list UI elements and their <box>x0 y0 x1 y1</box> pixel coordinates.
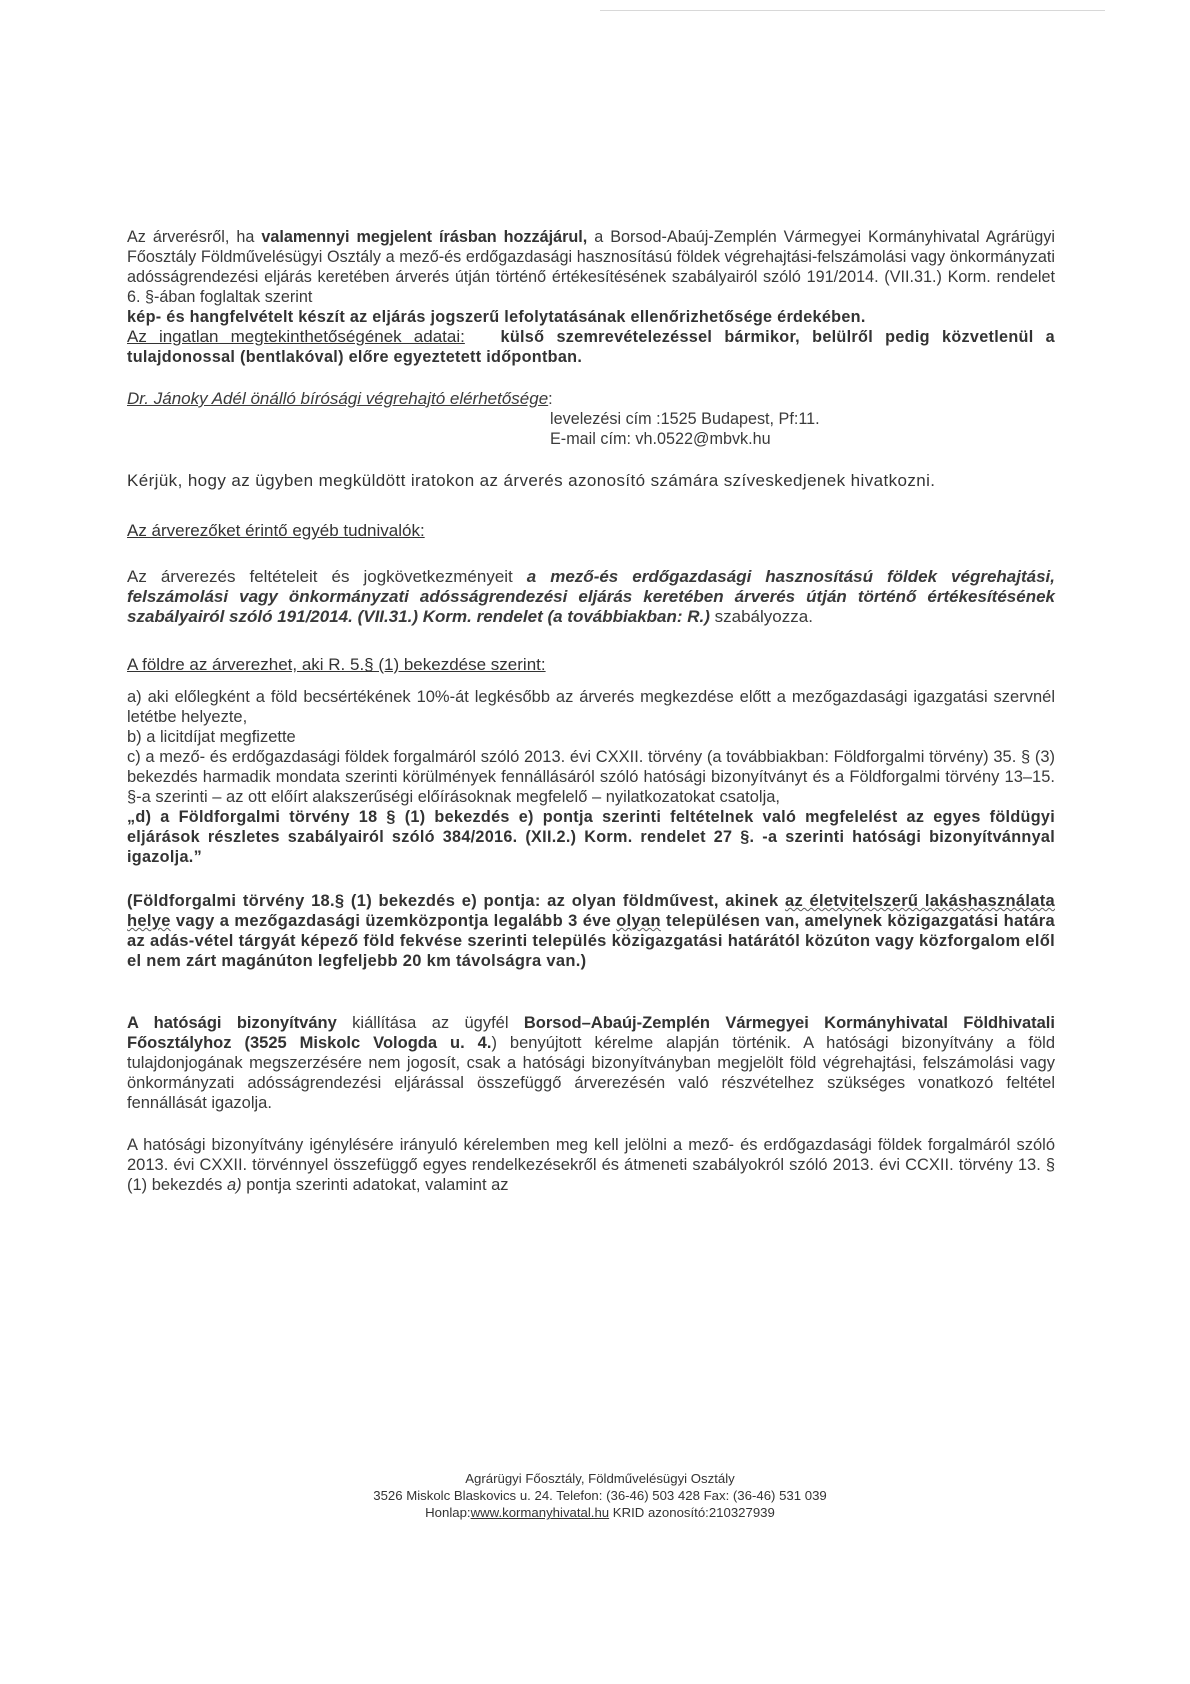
document-page: Az árverésről, ha valamennyi megjelent í… <box>127 227 1055 1195</box>
wavy-underlined-text: olyan <box>616 912 661 930</box>
krid-id: KRID azonosító:210327939 <box>609 1505 775 1520</box>
eligibility-heading: A földre az árverezhet, aki R. 5.§ (1) b… <box>127 655 1055 675</box>
text: Honlap: <box>425 1505 470 1520</box>
eligibility-item-b: b) a licitdíjat megfizette <box>127 727 1055 747</box>
contact-block: Dr. Jánoky Adél önálló bírósági végrehaj… <box>127 389 1055 409</box>
paragraph-recording-notice: Az árverésről, ha valamennyi megjelent í… <box>127 227 1055 327</box>
colon: : <box>548 390 553 408</box>
contact-heading: Dr. Jánoky Adél önálló bírósági végrehaj… <box>127 389 548 408</box>
eligibility-item-a: a) aki előlegként a föld becsértékének 1… <box>127 687 1055 727</box>
footer-address: 3526 Miskolc Blaskovics u. 24. Telefon: … <box>300 1487 900 1504</box>
land-law-note: (Földforgalmi törvény 18.§ (1) bekezdés … <box>127 891 1055 971</box>
text: kiállítása az ügyfél <box>337 1014 524 1032</box>
contact-address: levelezési cím :1525 Budapest, Pf:11. <box>127 409 1055 429</box>
paragraph-inspection: Az ingatlan megtekinthetőségének adatai:… <box>127 327 1055 367</box>
text: Az árverezés feltételeit és jogkövetkezm… <box>127 567 527 586</box>
page-footer: Agrárügyi Főosztály, Földművelésügyi Osz… <box>300 1470 900 1521</box>
bold-text: valamennyi megjelent írásban hozzájárul, <box>261 228 587 246</box>
certificate-request-paragraph: A hatósági bizonyítvány igénylésére irán… <box>127 1135 1055 1195</box>
website-link[interactable]: www.kormanyhivatal.hu <box>471 1505 610 1520</box>
text: vagy a mezőgazdasági üzemközpontja legal… <box>171 912 617 930</box>
eligibility-item-c: c) a mező- és erdőgazdasági földek forga… <box>127 747 1055 807</box>
other-info-heading: Az árverezőket érintő egyéb tudnivalók: <box>127 521 1055 541</box>
scan-artifact-line <box>600 10 1105 11</box>
text: Az árverésről, ha <box>127 228 261 246</box>
inspection-label: Az ingatlan megtekinthetőségének adatai: <box>127 327 465 346</box>
eligibility-item-d: „d) a Földforgalmi törvény 18 § (1) beke… <box>127 807 1055 867</box>
footer-department: Agrárügyi Főosztály, Földművelésügyi Osz… <box>300 1470 900 1487</box>
footer-web: Honlap:www.kormanyhivatal.hu KRID azonos… <box>300 1504 900 1521</box>
bold-text: kép- és hangfelvételt készít az eljárás … <box>127 308 866 326</box>
contact-email[interactable]: E-mail cím: vh.0522@mbvk.hu <box>127 429 1055 449</box>
text: (Földforgalmi törvény 18.§ (1) bekezdés … <box>127 892 785 910</box>
italic-text: a) <box>227 1176 242 1194</box>
certificate-paragraph: A hatósági bizonyítvány kiállítása az üg… <box>127 1013 1055 1113</box>
text: pontja szerinti adatokat, valamint az <box>242 1176 509 1194</box>
other-info-text: Az árverezés feltételeit és jogkövetkezm… <box>127 567 1055 627</box>
reference-request: Kérjük, hogy az ügyben megküldött iratok… <box>127 471 1055 491</box>
bold-text: A hatósági bizonyítvány <box>127 1014 337 1032</box>
text: szabályozza. <box>710 607 813 626</box>
